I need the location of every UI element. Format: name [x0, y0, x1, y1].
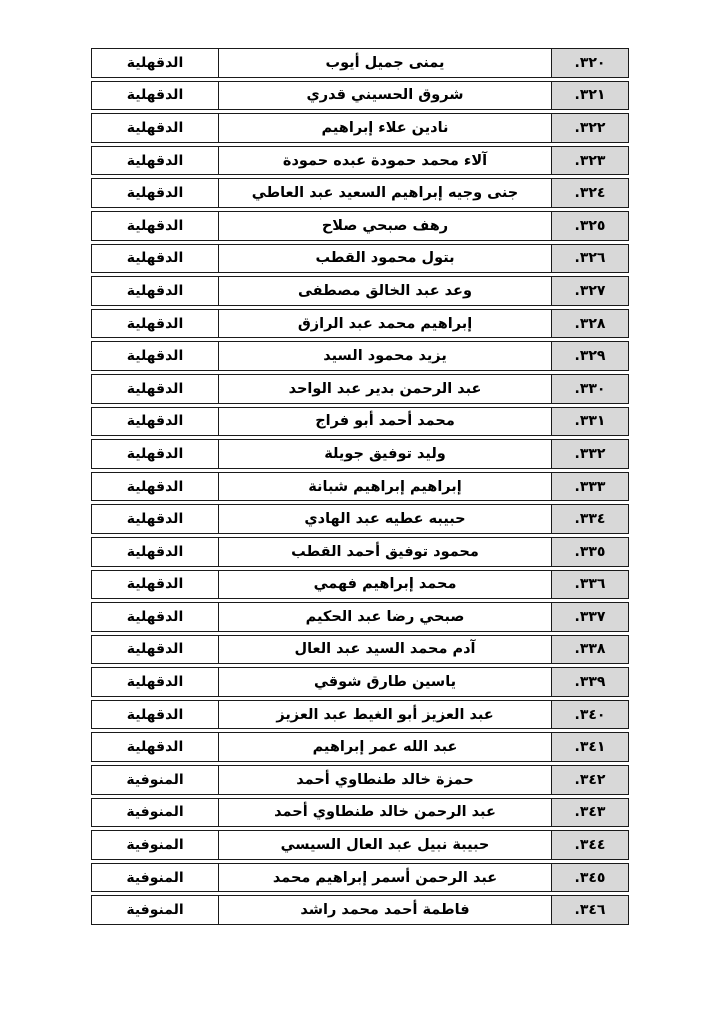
- rank-number-cell: ٣٤٥.: [551, 864, 628, 892]
- student-name-cell: عبد الرحمن خالد طنطاوي أحمد: [219, 799, 551, 827]
- governorate-cell: الدقهلية: [92, 473, 219, 501]
- table-row: ٣٤٤. حبيبة نبيل عبد العال السيسي المنوفي…: [91, 830, 629, 860]
- rank-number-cell: ٣٣٣.: [551, 473, 628, 501]
- governorate-cell: المنوفية: [92, 831, 219, 859]
- rank-number-cell: ٣٢٨.: [551, 310, 628, 338]
- rank-number-cell: ٣٢٦.: [551, 245, 628, 273]
- rank-number-cell: ٣٤١.: [551, 733, 628, 761]
- rank-number-cell: ٣٢١.: [551, 82, 628, 110]
- rank-number-cell: ٣٣٤.: [551, 505, 628, 533]
- student-name-cell: حبيبة نبيل عبد العال السيسي: [219, 831, 551, 859]
- governorate-cell: المنوفية: [92, 766, 219, 794]
- table-row: ٣٢٩. يزيد محمود السيد الدقهلية: [91, 341, 629, 371]
- governorate-cell: الدقهلية: [92, 571, 219, 599]
- governorate-cell: الدقهلية: [92, 310, 219, 338]
- table-row: ٣٣٤. حبيبه عطيه عبد الهادي الدقهلية: [91, 504, 629, 534]
- student-name-cell: نادين علاء إبراهيم: [219, 114, 551, 142]
- rank-number-cell: ٣٢٢.: [551, 114, 628, 142]
- student-name-cell: إبراهيم محمد عبد الرازق: [219, 310, 551, 338]
- student-name-cell: بتول محمود القطب: [219, 245, 551, 273]
- student-name-cell: رهف صبحي صلاح: [219, 212, 551, 240]
- student-name-cell: عبد الرحمن بدير عبد الواحد: [219, 375, 551, 403]
- student-name-cell: محمود توفيق أحمد القطب: [219, 538, 551, 566]
- governorate-cell: الدقهلية: [92, 277, 219, 305]
- student-name-cell: صبحي رضا عبد الحكيم: [219, 603, 551, 631]
- governorate-cell: الدقهلية: [92, 212, 219, 240]
- table-row: ٣٢٤. جنى وجيه إبراهيم السعيد عبد العاطي …: [91, 178, 629, 208]
- governorate-cell: الدقهلية: [92, 701, 219, 729]
- rank-number-cell: ٣٢٠.: [551, 49, 628, 77]
- governorate-cell: الدقهلية: [92, 147, 219, 175]
- table-row: ٣٣٠. عبد الرحمن بدير عبد الواحد الدقهلية: [91, 374, 629, 404]
- rank-number-cell: ٣٢٩.: [551, 342, 628, 370]
- governorate-cell: الدقهلية: [92, 733, 219, 761]
- table-row: ٣٣٥. محمود توفيق أحمد القطب الدقهلية: [91, 537, 629, 567]
- governorate-cell: المنوفية: [92, 864, 219, 892]
- rank-number-cell: ٣٢٣.: [551, 147, 628, 175]
- student-name-cell: عبد الله عمر إبراهيم: [219, 733, 551, 761]
- table-row: ٣٣١. محمد أحمد أبو فراج الدقهلية: [91, 407, 629, 437]
- rank-number-cell: ٣٢٤.: [551, 179, 628, 207]
- student-name-cell: يزيد محمود السيد: [219, 342, 551, 370]
- student-name-cell: عبد الرحمن أسمر إبراهيم محمد: [219, 864, 551, 892]
- rank-number-cell: ٣٤٢.: [551, 766, 628, 794]
- table-row: ٣٤٦. فاطمة أحمد محمد راشد المنوفية: [91, 895, 629, 925]
- student-name-cell: آدم محمد السيد عبد العال: [219, 636, 551, 664]
- rank-number-cell: ٣٣٨.: [551, 636, 628, 664]
- table-row: ٣٤٠. عبد العزيز أبو الغيط عبد العزيز الد…: [91, 700, 629, 730]
- rank-number-cell: ٣٤٠.: [551, 701, 628, 729]
- table-row: ٣٢٠. يمنى جميل أيوب الدقهلية: [91, 48, 629, 78]
- table-row: ٣٤٢. حمزة خالد طنطاوي أحمد المنوفية: [91, 765, 629, 795]
- student-name-cell: جنى وجيه إبراهيم السعيد عبد العاطي: [219, 179, 551, 207]
- student-name-cell: وليد توفيق جويلة: [219, 440, 551, 468]
- table-row: ٣٣٩. ياسين طارق شوقي الدقهلية: [91, 667, 629, 697]
- rank-number-cell: ٣٤٦.: [551, 896, 628, 924]
- governorate-cell: الدقهلية: [92, 245, 219, 273]
- rank-number-cell: ٣٣٢.: [551, 440, 628, 468]
- table-row: ٣٤١. عبد الله عمر إبراهيم الدقهلية: [91, 732, 629, 762]
- table-row: ٣٢٨. إبراهيم محمد عبد الرازق الدقهلية: [91, 309, 629, 339]
- student-name-cell: إبراهيم إبراهيم شبانة: [219, 473, 551, 501]
- governorate-cell: الدقهلية: [92, 49, 219, 77]
- governorate-cell: الدقهلية: [92, 538, 219, 566]
- table-row: ٣٢٢. نادين علاء إبراهيم الدقهلية: [91, 113, 629, 143]
- results-table: ٣٢٠. يمنى جميل أيوب الدقهلية ٣٢١. شروق ا…: [91, 48, 629, 925]
- table-row: ٣٢٦. بتول محمود القطب الدقهلية: [91, 244, 629, 274]
- student-name-cell: حمزة خالد طنطاوي أحمد: [219, 766, 551, 794]
- table-row: ٣٣٦. محمد إبراهيم فهمي الدقهلية: [91, 570, 629, 600]
- student-name-cell: شروق الحسيني قدري: [219, 82, 551, 110]
- governorate-cell: الدقهلية: [92, 408, 219, 436]
- governorate-cell: الدقهلية: [92, 375, 219, 403]
- student-name-cell: فاطمة أحمد محمد راشد: [219, 896, 551, 924]
- governorate-cell: الدقهلية: [92, 668, 219, 696]
- rank-number-cell: ٣٤٣.: [551, 799, 628, 827]
- student-name-cell: محمد إبراهيم فهمي: [219, 571, 551, 599]
- governorate-cell: الدقهلية: [92, 342, 219, 370]
- governorate-cell: المنوفية: [92, 896, 219, 924]
- student-name-cell: وعد عبد الخالق مصطفى: [219, 277, 551, 305]
- student-name-cell: عبد العزيز أبو الغيط عبد العزيز: [219, 701, 551, 729]
- governorate-cell: الدقهلية: [92, 82, 219, 110]
- rank-number-cell: ٣٣٩.: [551, 668, 628, 696]
- table-row: ٣٢٣. آلاء محمد حمودة عبده حمودة الدقهلية: [91, 146, 629, 176]
- rank-number-cell: ٣٣١.: [551, 408, 628, 436]
- table-row: ٣٣٣. إبراهيم إبراهيم شبانة الدقهلية: [91, 472, 629, 502]
- governorate-cell: المنوفية: [92, 799, 219, 827]
- student-name-cell: يمنى جميل أيوب: [219, 49, 551, 77]
- governorate-cell: الدقهلية: [92, 114, 219, 142]
- rank-number-cell: ٣٢٥.: [551, 212, 628, 240]
- governorate-cell: الدقهلية: [92, 179, 219, 207]
- table-row: ٣٢٥. رهف صبحي صلاح الدقهلية: [91, 211, 629, 241]
- governorate-cell: الدقهلية: [92, 440, 219, 468]
- table-row: ٣٤٣. عبد الرحمن خالد طنطاوي أحمد المنوفي…: [91, 798, 629, 828]
- document-page: ٣٢٠. يمنى جميل أيوب الدقهلية ٣٢١. شروق ا…: [0, 0, 720, 1018]
- table-row: ٣٢٧. وعد عبد الخالق مصطفى الدقهلية: [91, 276, 629, 306]
- table-row: ٣٤٥. عبد الرحمن أسمر إبراهيم محمد المنوف…: [91, 863, 629, 893]
- student-name-cell: حبيبه عطيه عبد الهادي: [219, 505, 551, 533]
- rank-number-cell: ٣٣٥.: [551, 538, 628, 566]
- governorate-cell: الدقهلية: [92, 636, 219, 664]
- table-row: ٣٣٧. صبحي رضا عبد الحكيم الدقهلية: [91, 602, 629, 632]
- student-name-cell: محمد أحمد أبو فراج: [219, 408, 551, 436]
- governorate-cell: الدقهلية: [92, 603, 219, 631]
- rank-number-cell: ٣٣٦.: [551, 571, 628, 599]
- student-name-cell: آلاء محمد حمودة عبده حمودة: [219, 147, 551, 175]
- rank-number-cell: ٣٢٧.: [551, 277, 628, 305]
- table-row: ٣٢١. شروق الحسيني قدري الدقهلية: [91, 81, 629, 111]
- student-name-cell: ياسين طارق شوقي: [219, 668, 551, 696]
- governorate-cell: الدقهلية: [92, 505, 219, 533]
- rank-number-cell: ٣٣٠.: [551, 375, 628, 403]
- table-row: ٣٣٢. وليد توفيق جويلة الدقهلية: [91, 439, 629, 469]
- table-row: ٣٣٨. آدم محمد السيد عبد العال الدقهلية: [91, 635, 629, 665]
- rank-number-cell: ٣٤٤.: [551, 831, 628, 859]
- rank-number-cell: ٣٣٧.: [551, 603, 628, 631]
